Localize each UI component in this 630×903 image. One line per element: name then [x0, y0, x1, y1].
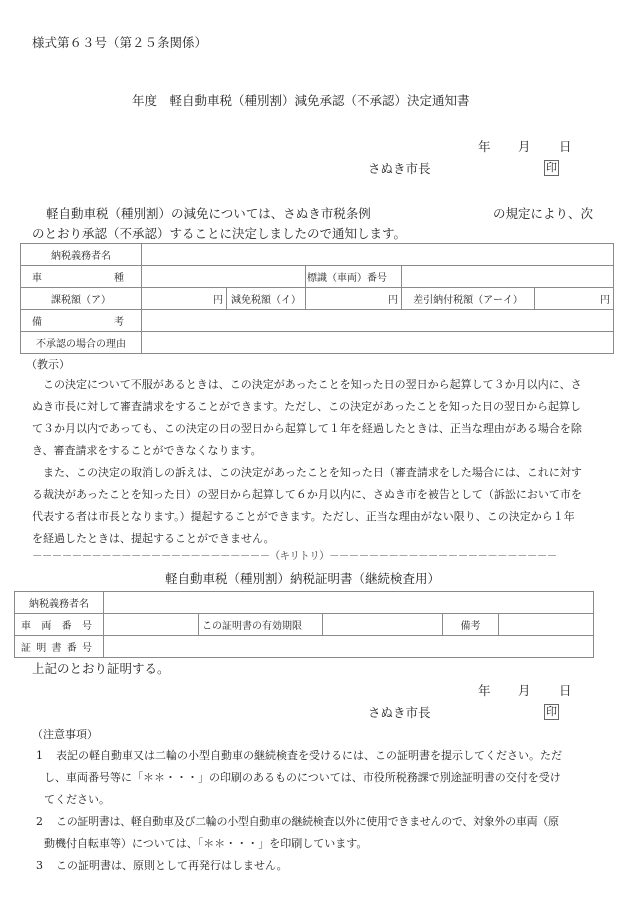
instruction-line: て３か月以内であっても、この決定の日の翌日から起算して１年を経過したときは、正当…	[32, 422, 582, 435]
cert-date-year: 年	[478, 684, 491, 697]
remarks-label: 備考	[21, 310, 142, 332]
remarks-field[interactable]	[142, 310, 614, 332]
notice-title: 年度 軽自動車税（種別割）減免承認（不承認）決定通知書	[132, 94, 470, 107]
instruction-heading: （教示）	[26, 358, 70, 371]
row-reason: 不承認の場合の理由	[21, 332, 614, 354]
note-line: 動機付自転車等）については、「＊＊・・・」を印刷しています。	[44, 837, 367, 850]
plate-label: 標識（車両）番号	[306, 266, 402, 288]
taxpayer-field[interactable]	[142, 244, 614, 266]
taxpayer-label: 納税義務者名	[21, 244, 142, 266]
instruction-line: ぬき市長に対して審査請求をすることができます。ただし、この決定があったことを知っ…	[32, 400, 581, 413]
cert-date-month: 月	[518, 684, 531, 697]
row-taxpayer: 納税義務者名	[21, 244, 614, 266]
note-line: し、車両番号等に「＊＊・・・」の印刷のあるものについては、市役所税務課で別途証明…	[44, 771, 561, 784]
exempt-amount-field[interactable]: 円	[306, 288, 402, 310]
notice-body-line1a: 軽自動車税（種別割）の減免については、さぬき市税条例	[46, 207, 371, 220]
instruction-line: また、この決定の取消しの訴えは、この決定があったことを知った日（審査請求をした場…	[32, 466, 582, 479]
note-line: この証明書は、原則として再発行はしません。	[56, 859, 288, 872]
notice-body-line2: のとおり承認（不承認）することに決定しましたので通知します。	[32, 227, 406, 240]
tax-amount-field[interactable]: 円	[142, 288, 227, 310]
plate-field[interactable]	[402, 266, 614, 288]
row-cert-number: 証明書番号	[15, 636, 594, 658]
tax-amount-label: 課税額（ア）	[21, 288, 142, 310]
instruction-line: 代表する者は市長となります。）提起することができます。ただし、正当な理由がない限…	[32, 510, 575, 523]
note-line: てください。	[44, 793, 110, 806]
vehicle-type-label: 車種	[21, 266, 142, 288]
note-number: 3	[36, 859, 43, 872]
cert-taxpayer-field[interactable]	[104, 592, 594, 614]
notice-date-day: 日	[559, 140, 572, 153]
note-line: 表記の軽自動車又は二輪の小型自動車の継続検査を受けるには、この証明書を提示してく…	[56, 749, 562, 762]
instruction-line: を経過したときは、提起することができません。	[32, 532, 275, 545]
certificate-title: 軽自動車税（種別割）納税証明書（継続検査用）	[165, 572, 440, 585]
certificate-table: 納税義務者名 車両番号 この証明書の有効期限 備考 証明書番号	[14, 591, 594, 658]
reason-field[interactable]	[142, 332, 614, 354]
cut-line: －－－－－－－－－－－－－－－－－－－－－－－－（キリトリ）－－－－－－－－－－…	[32, 550, 557, 563]
instruction-line: き、審査請求をすることができなくなります。	[32, 444, 262, 457]
cert-number-field[interactable]	[104, 636, 594, 658]
cert-taxpayer-label: 納税義務者名	[15, 592, 104, 614]
notice-date-month: 月	[518, 140, 531, 153]
note-line: この証明書は、軽自動車及び二輪の小型自動車の継続検査以外に使用できませんので、対…	[56, 815, 559, 828]
notice-table: 納税義務者名 車種 標識（車両）番号 課税額（ア） 円 減免税額（イ） 円 差引…	[20, 243, 614, 354]
vehicle-number-field[interactable]	[104, 614, 199, 636]
instruction-line: る裁決があったことを知った日）の翌日から起算して６か月以内に、さぬき市を被告とし…	[32, 488, 582, 501]
cert-seal: 印	[544, 704, 559, 720]
row-cert-taxpayer: 納税義務者名	[15, 592, 594, 614]
net-amount-field[interactable]: 円	[535, 288, 614, 310]
vehicle-type-field[interactable]	[142, 266, 306, 288]
cert-number-label: 証明書番号	[15, 636, 104, 658]
row-cert-vehicle: 車両番号 この証明書の有効期限 備考	[15, 614, 594, 636]
notice-date-year: 年	[478, 140, 491, 153]
cert-issuer: さぬき市長	[368, 706, 431, 719]
notes-heading: （注意事項）	[32, 728, 98, 741]
notice-seal: 印	[544, 160, 559, 176]
instruction-line: この決定について不服があるときは、この決定があったことを知った日の翌日から起算し…	[32, 378, 582, 391]
row-vehicle-type: 車種 標識（車両）番号	[21, 266, 614, 288]
row-amounts: 課税額（ア） 円 減免税額（イ） 円 差引納付税額（アーイ） 円	[21, 288, 614, 310]
exempt-amount-label: 減免税額（イ）	[227, 288, 306, 310]
validity-field[interactable]	[323, 614, 443, 636]
attest-statement: 上記のとおり証明する。	[32, 662, 170, 675]
notice-body-line1b: の規定により、次	[493, 207, 593, 220]
note-number: 1	[36, 749, 43, 762]
validity-label: この証明書の有効期限	[199, 614, 323, 636]
form-number: 様式第６３号（第２５条関係）	[32, 36, 207, 49]
cert-remarks-field[interactable]	[499, 614, 594, 636]
cert-remarks-label: 備考	[443, 614, 499, 636]
row-remarks: 備考	[21, 310, 614, 332]
note-number: 2	[36, 815, 43, 828]
vehicle-number-label: 車両番号	[15, 614, 104, 636]
reason-label: 不承認の場合の理由	[21, 332, 142, 354]
net-amount-label: 差引納付税額（アーイ）	[402, 288, 535, 310]
notice-issuer: さぬき市長	[368, 162, 431, 175]
cert-date-day: 日	[559, 684, 572, 697]
